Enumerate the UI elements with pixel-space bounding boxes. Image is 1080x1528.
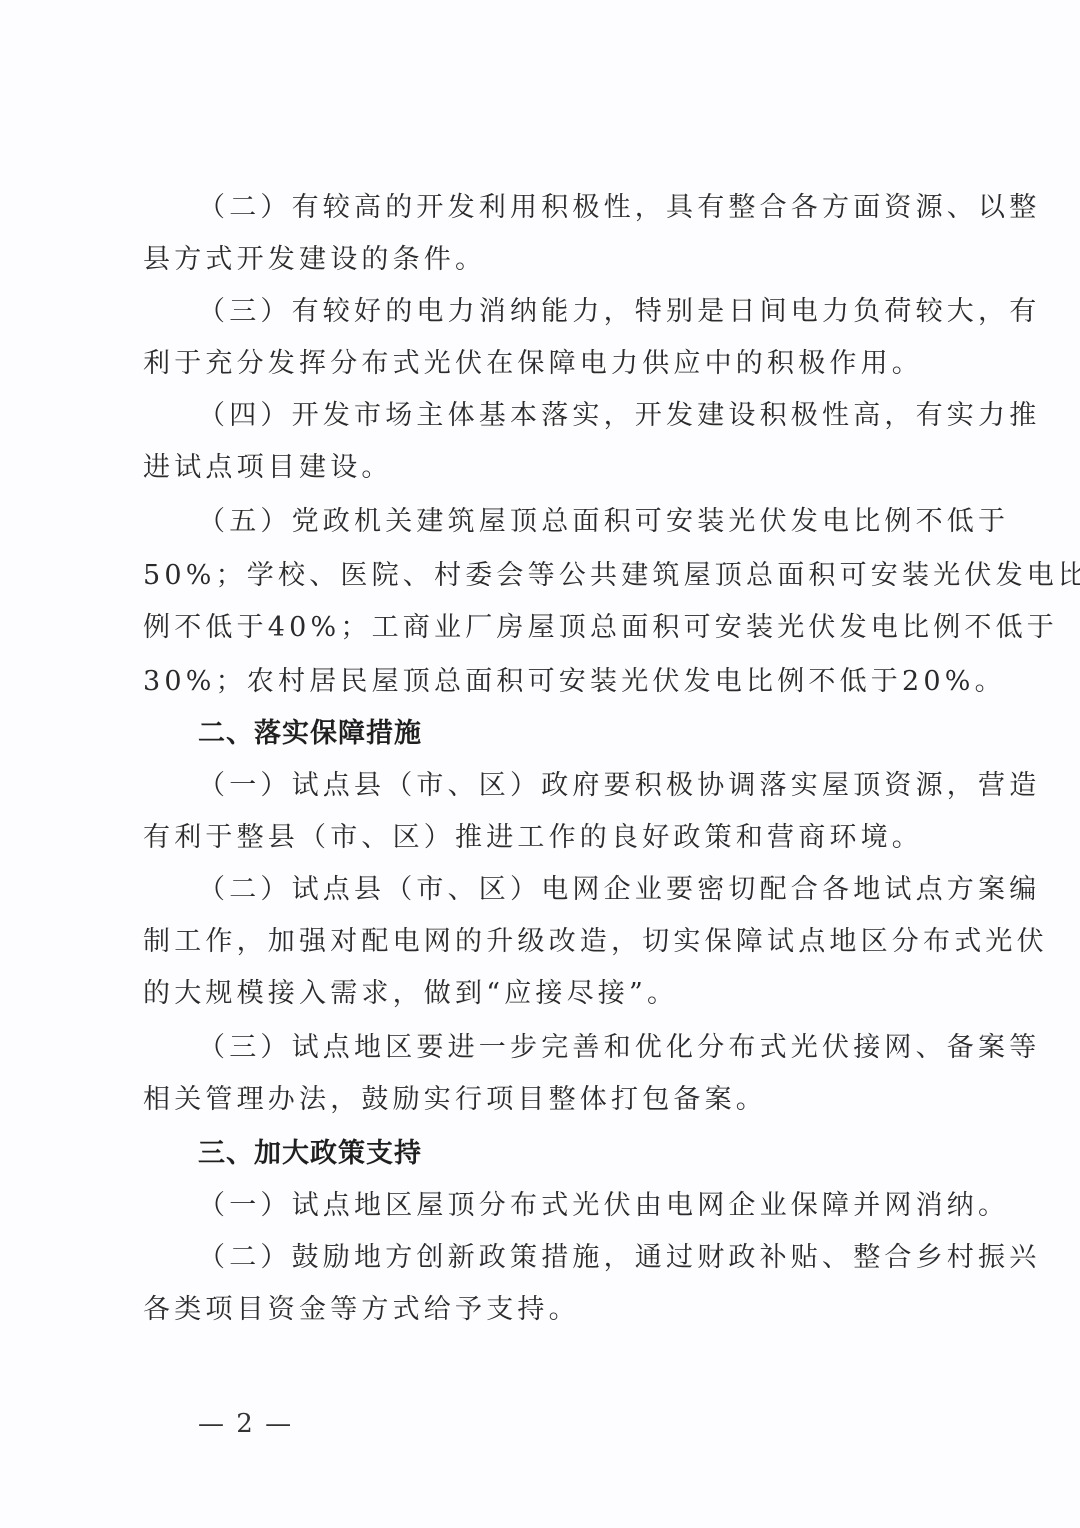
paragraph-line: （三）试点地区要进一步完善和优化分布式光伏接网、备案等 xyxy=(198,1028,953,1068)
paragraph-line: 进试点项目建设。 xyxy=(143,448,953,488)
paragraph-line: 例不低于40%；工商业厂房屋顶总面积可安装光伏发电比例不低于 xyxy=(143,608,953,648)
paragraph-line: （二）鼓励地方创新政策措施，通过财政补贴、整合乡村振兴 xyxy=(198,1238,953,1278)
paragraph-line: （一）试点地区屋顶分布式光伏由电网企业保障并网消纳。 xyxy=(198,1186,953,1226)
paragraph-line: 30%；农村居民屋顶总面积可安装光伏发电比例不低于20%。 xyxy=(143,662,953,702)
document-page: （二）有较高的开发利用积极性，具有整合各方面资源、以整县方式开发建设的条件。（三… xyxy=(0,0,1080,1528)
paragraph-line: （五）党政机关建筑屋顶总面积可安装光伏发电比例不低于 xyxy=(198,502,953,542)
paragraph-line: （四）开发市场主体基本落实，开发建设积极性高，有实力推 xyxy=(198,396,953,436)
paragraph-line: 制工作，加强对配电网的升级改造，切实保障试点地区分布式光伏 xyxy=(143,922,953,962)
paragraph-line: （三）有较好的电力消纳能力，特别是日间电力负荷较大，有 xyxy=(198,292,953,332)
page-number: — 2 — xyxy=(198,1404,293,1444)
paragraph-line: 相关管理办法，鼓励实行项目整体打包备案。 xyxy=(143,1080,953,1120)
paragraph-line: 各类项目资金等方式给予支持。 xyxy=(143,1290,953,1330)
paragraph-line: 县方式开发建设的条件。 xyxy=(143,240,953,280)
paragraph-line: （一）试点县（市、区）政府要积极协调落实屋顶资源，营造 xyxy=(198,766,953,806)
section-heading: 二、落实保障措施 xyxy=(198,714,953,754)
paragraph-line: 利于充分发挥分布式光伏在保障电力供应中的积极作用。 xyxy=(143,344,953,384)
paragraph-line: 有利于整县（市、区）推进工作的良好政策和营商环境。 xyxy=(143,818,953,858)
paragraph-line: （二）有较高的开发利用积极性，具有整合各方面资源、以整 xyxy=(198,188,953,228)
paragraph-line: （二）试点县（市、区）电网企业要密切配合各地试点方案编 xyxy=(198,870,953,910)
paragraph-line: 的大规模接入需求，做到“应接尽接”。 xyxy=(143,974,953,1014)
section-heading: 三、加大政策支持 xyxy=(198,1134,953,1174)
paragraph-line: 50%；学校、医院、村委会等公共建筑屋顶总面积可安装光伏发电比 xyxy=(143,556,953,596)
